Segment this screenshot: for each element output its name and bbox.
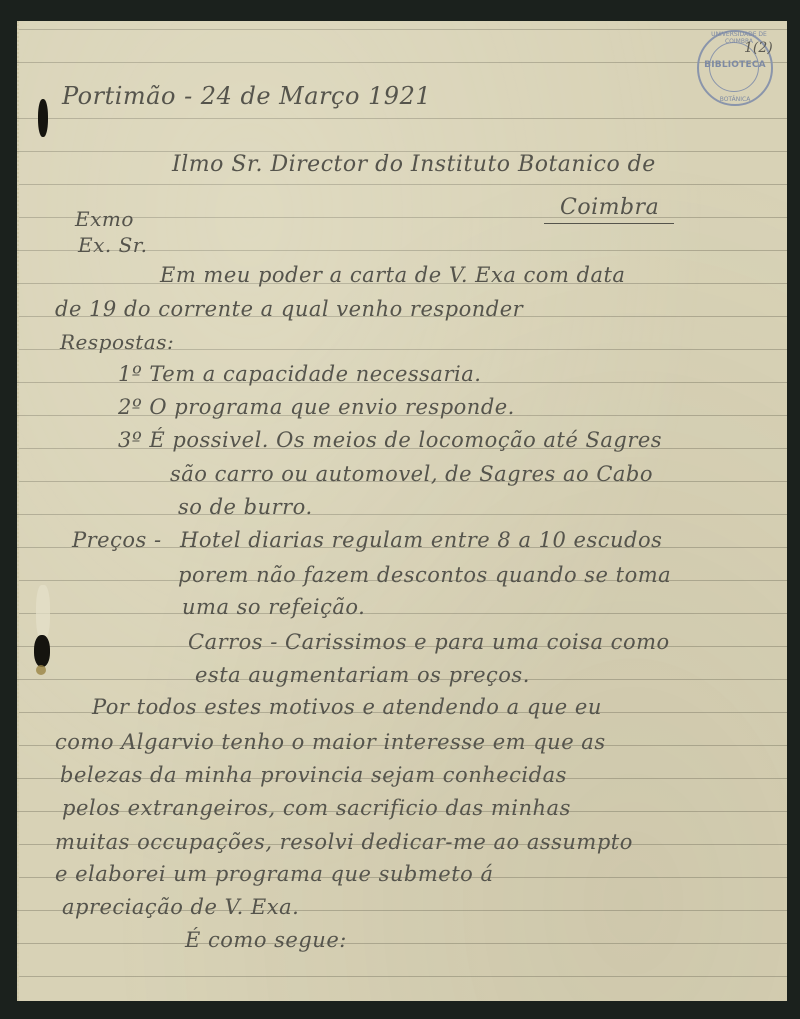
intro-line-2: de 19 do corrente a qual venho responder (55, 297, 523, 321)
closing-line: É como segue: (185, 928, 347, 952)
stamp-bottom-text: BOTÂNICA (699, 96, 771, 103)
rust-stain (36, 665, 46, 675)
answer-3-cont-1: são carro ou automovel, de Sagres ao Cab… (170, 462, 653, 486)
prices-line-4: Carros - Carissimos e para uma coisa com… (188, 630, 670, 654)
closing-paragraph-line-4: pelos extrangeiros, com sacrificio das m… (62, 796, 571, 820)
paper-tear (36, 585, 50, 640)
intro-line-1: Em meu poder a carta de V. Exa com data (160, 263, 625, 287)
answer-3-cont-2: so de burro. (178, 495, 313, 519)
prices-line-3: uma so refeição. (182, 595, 365, 619)
answers-label: Respostas: (60, 330, 174, 354)
addressee-line-1: Ilmo Sr. Director do Instituto Botanico … (172, 152, 656, 177)
place-date: Portimão - 24 de Março 1921 (62, 82, 431, 110)
addressee-underline (544, 223, 674, 224)
stamp-center-text: BIBLIOTECA (699, 60, 771, 70)
binder-hole-middle (34, 635, 50, 667)
answer-1: 1º Tem a capacidade necessaria. (118, 362, 481, 386)
folio-number: 1(2) (744, 40, 773, 56)
prices-label: Preços - (72, 528, 162, 552)
closing-paragraph-line-5: muitas occupações, resolvi dedicar-me ao… (55, 830, 633, 854)
addressee-line-2: Coimbra (560, 195, 659, 220)
closing-paragraph-line-7: apreciação de V. Exa. (62, 895, 299, 919)
salutation-line-1: Exmo (75, 207, 134, 231)
prices-line-1: Hotel diarias regulam entre 8 a 10 escud… (180, 528, 662, 552)
prices-line-2: porem não fazem descontos quando se toma (178, 563, 671, 587)
answer-3: 3º É possivel. Os meios de locomoção até… (118, 428, 662, 452)
binder-hole-top (38, 99, 48, 137)
salutation-line-2: Ex. Sr. (78, 233, 148, 257)
closing-paragraph-line-1: Por todos estes motivos e atendendo a qu… (92, 695, 602, 719)
closing-paragraph-line-2: como Algarvio tenho o maior interesse em… (55, 730, 606, 754)
closing-paragraph-line-6: e elaborei um programa que submeto á (55, 862, 494, 886)
closing-paragraph-line-3: belezas da minha provincia sejam conheci… (60, 763, 567, 787)
answer-2: 2º O programa que envio responde. (118, 395, 515, 419)
prices-line-5: esta augmentariam os preços. (195, 663, 530, 687)
